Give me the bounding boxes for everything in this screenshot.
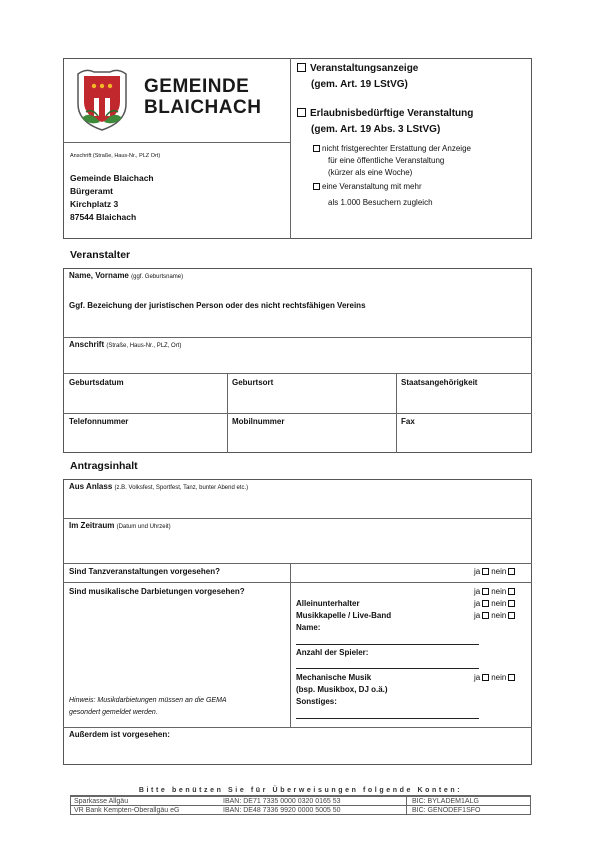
tanz-question: Sind Tanzveranstaltungen vorgesehen? <box>69 567 220 576</box>
section-title-veranstalter: Veranstalter <box>70 249 130 261</box>
header-divider <box>290 58 291 239</box>
address-caption: Anschrift (Straße, Haus-Nr., PLZ Ort) <box>70 153 160 159</box>
sonstiges-input-line[interactable] <box>296 718 479 719</box>
address-line: Kirchplatz 3 <box>70 199 118 209</box>
logo-text-line2: BLAICHACH <box>144 97 261 119</box>
veranstalter-box <box>63 268 532 453</box>
checkbox-yes[interactable] <box>482 674 489 681</box>
address-field-label[interactable]: Anschrift (Straße, Haus-Nr., PLZ, Ort) <box>69 340 181 349</box>
divider <box>63 727 532 728</box>
logo-text-line1: GEMEINDE <box>144 76 249 98</box>
footer-account-row: VR Bank Kempten-Oberallgäu eG IBAN: DE48… <box>70 805 531 815</box>
checkbox-yes[interactable] <box>482 588 489 595</box>
address-line: 87544 Blaichach <box>70 212 136 222</box>
suboption-text: für eine öffentliche Veranstaltung <box>328 156 444 165</box>
divider <box>290 563 291 728</box>
musik-choice[interactable]: janein <box>474 587 517 596</box>
name-field-label[interactable]: Name, Vorname (ggf. Geburtsname) <box>69 271 183 280</box>
ausserdem-field[interactable]: Außerdem ist vorgesehen: <box>69 730 170 739</box>
divider <box>227 373 228 453</box>
checkbox[interactable] <box>297 108 306 117</box>
divider <box>63 582 532 583</box>
musik-note: Hinweis: Musikdarbietungen müssen an die… <box>69 697 227 704</box>
mechanisch-label: Mechanische Musik <box>296 673 371 682</box>
anzahl-input-line[interactable] <box>296 668 479 669</box>
checkbox[interactable] <box>313 145 320 152</box>
musik-note: gesondert gemeldet werden. <box>69 709 158 716</box>
name-label: Name: <box>296 623 320 632</box>
name-input-line[interactable] <box>296 644 479 645</box>
birthdate-field[interactable]: Geburtsdatum <box>69 378 124 387</box>
checkbox[interactable] <box>297 63 306 72</box>
option-erlaubnisbeduerftig[interactable]: Erlaubnisbedürftige Veranstaltung <box>297 108 473 119</box>
footer-title: Bitte benützen Sie für Überweisungen fol… <box>70 786 531 796</box>
fax-field[interactable]: Fax <box>401 417 415 426</box>
mechanisch-hint: (bsp. Musikbox, DJ o.ä.) <box>296 685 388 694</box>
divider <box>63 413 532 414</box>
divider <box>63 337 532 338</box>
birthplace-field[interactable]: Geburtsort <box>232 378 273 387</box>
address-line: Gemeinde Blaichach <box>70 173 154 183</box>
suboption-besucher[interactable]: eine Veranstaltung mit mehr <box>313 182 422 191</box>
divider <box>63 563 532 564</box>
option-sub: (gem. Art. 19 Abs. 3 LStVG) <box>311 124 440 135</box>
checkbox-no[interactable] <box>508 674 515 681</box>
kapelle-choice[interactable]: janein <box>474 611 517 620</box>
zeitraum-field[interactable]: Im Zeitraum (Datum und Uhrzeit) <box>69 521 171 530</box>
phone-field[interactable]: Telefonnummer <box>69 417 128 426</box>
mechanisch-choice[interactable]: janein <box>474 673 517 682</box>
checkbox-no[interactable] <box>508 600 515 607</box>
address-line: Bürgeramt <box>70 186 113 196</box>
option-veranstaltungsanzeige[interactable]: Veranstaltungsanzeige <box>297 63 418 74</box>
suboption-text: (kürzer als eine Woche) <box>328 168 412 177</box>
nationality-field[interactable]: Staatsangehörigkeit <box>401 378 477 387</box>
iban: IBAN: DE48 7336 9920 0000 5005 50 <box>223 806 341 815</box>
logo-divider <box>63 142 291 143</box>
coat-of-arms-icon <box>72 66 132 134</box>
checkbox-yes[interactable] <box>482 612 489 619</box>
musik-question: Sind musikalische Darbietungen vorgesehe… <box>69 587 245 596</box>
org-field-label[interactable]: Ggf. Bezeichung der juristischen Person … <box>69 301 366 310</box>
kapelle-label: Musikkapelle / Live-Band <box>296 611 391 620</box>
divider <box>63 373 532 374</box>
alleinunterhalter-label: Alleinunterhalter <box>296 599 360 608</box>
option-sub: (gem. Art. 19 LStVG) <box>311 79 408 90</box>
mobile-field[interactable]: Mobilnummer <box>232 417 284 426</box>
checkbox-no[interactable] <box>508 568 515 575</box>
sonstiges-label: Sonstiges: <box>296 697 337 706</box>
suboption-fristgerecht[interactable]: nicht fristgerechter Erstattung der Anze… <box>313 144 471 153</box>
checkbox-no[interactable] <box>508 612 515 619</box>
suboption-text: als 1.000 Besuchern zugleich <box>328 198 433 207</box>
checkbox-yes[interactable] <box>482 568 489 575</box>
alleinunterhalter-choice[interactable]: janein <box>474 599 517 608</box>
tanz-choice[interactable]: janein <box>474 567 517 576</box>
anzahl-label: Anzahl der Spieler: <box>296 648 368 657</box>
bic: BIC: GENODEF1SFO <box>412 806 480 815</box>
anlass-field[interactable]: Aus Anlass (z.B. Volksfest, Sportfest, T… <box>69 482 248 491</box>
divider <box>63 518 532 519</box>
section-title-antragsinhalt: Antragsinhalt <box>70 460 138 472</box>
checkbox-yes[interactable] <box>482 600 489 607</box>
divider <box>396 373 397 453</box>
checkbox[interactable] <box>313 183 320 190</box>
bank-name: VR Bank Kempten-Oberallgäu eG <box>74 806 179 815</box>
checkbox-no[interactable] <box>508 588 515 595</box>
